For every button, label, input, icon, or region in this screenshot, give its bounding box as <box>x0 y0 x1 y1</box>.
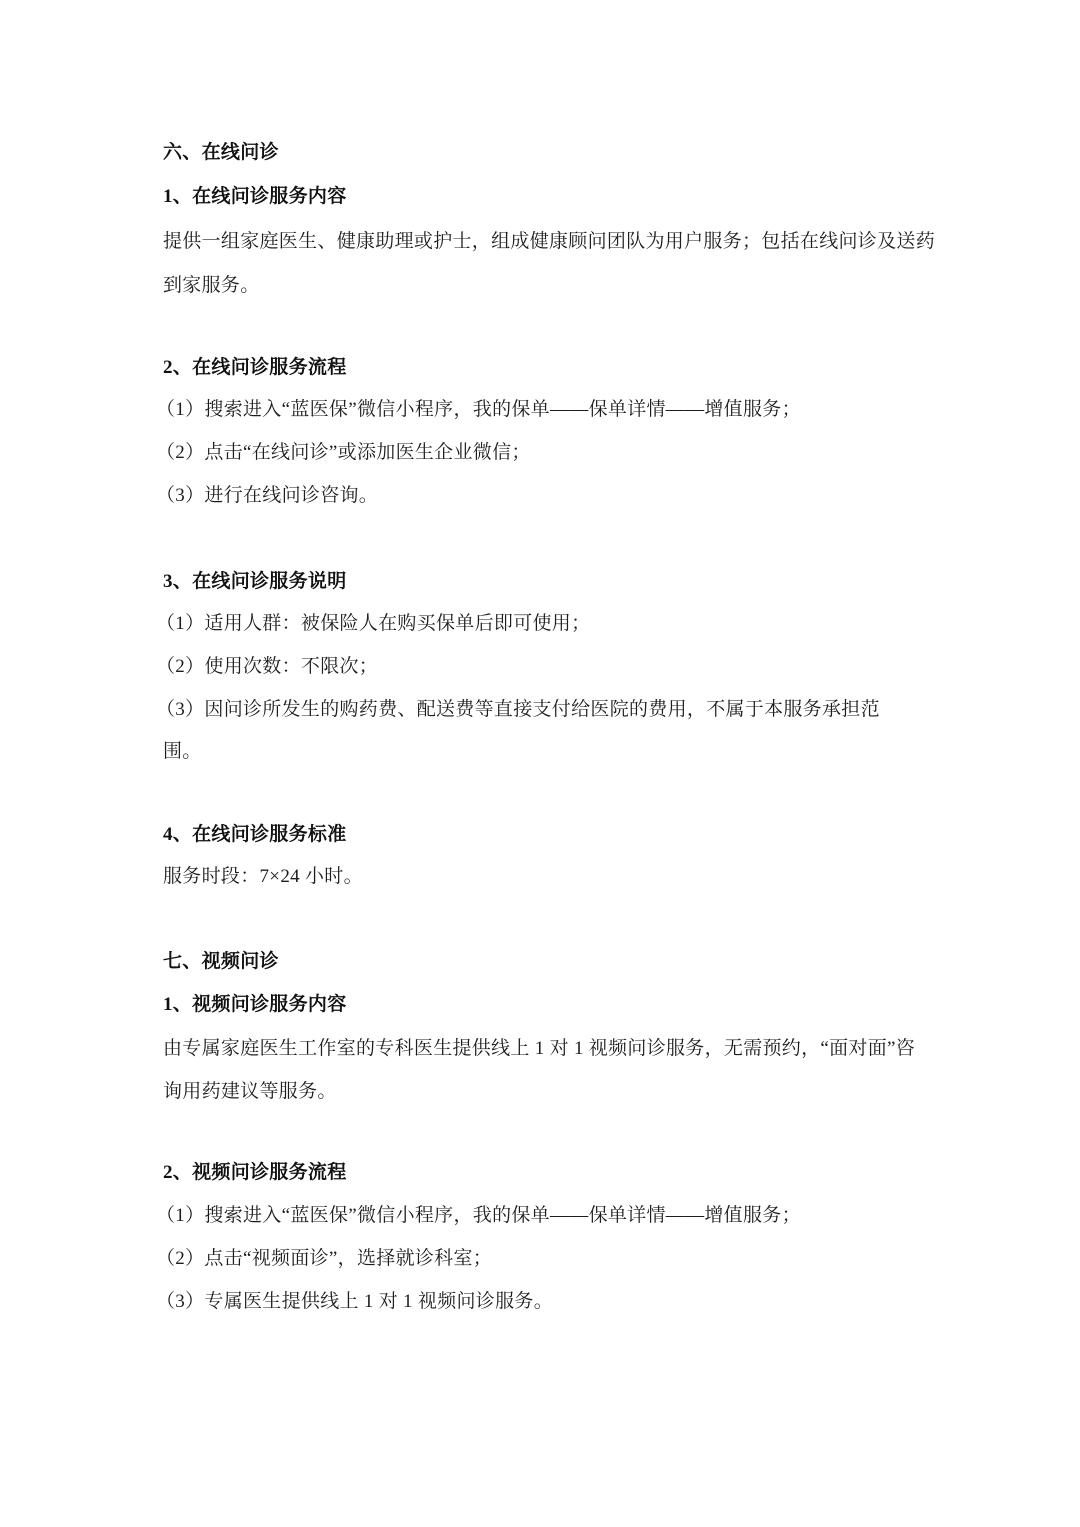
list-item: （2）点击“在线问诊”或添加医生企业微信； <box>156 441 531 465</box>
section-heading-online-consult: 六、在线问诊 <box>163 141 279 165</box>
paragraph-line: 询用药建议等服务。 <box>163 1080 337 1104</box>
list-item: （3）专属医生提供线上 1 对 1 视频问诊服务。 <box>156 1290 553 1314</box>
list-item: （1）适用人群：被保险人在购买保单后即可使用； <box>156 612 590 636</box>
list-item: （2）使用次数：不限次； <box>156 655 378 679</box>
paragraph-line: 提供一组家庭医生、健康助理或护士，组成健康顾问团队为用户服务；包括在线问诊及送药 <box>163 230 935 254</box>
list-item: （1）搜索进入“蓝医保”微信小程序，我的保单——保单详情——增值服务； <box>156 398 801 422</box>
document-page: 六、在线问诊 1、在线问诊服务内容 提供一组家庭医生、健康助理或护士，组成健康顾… <box>0 0 1080 1527</box>
subsection-heading-video-content: 1、视频问诊服务内容 <box>163 993 347 1017</box>
list-item: （2）点击“视频面诊”，选择就诊科室； <box>156 1247 492 1271</box>
list-item: （3）因问诊所发生的购药费、配送费等直接支付给医院的费用，不属于本服务承担范 <box>156 698 880 722</box>
subsection-heading-online-process: 2、在线问诊服务流程 <box>163 356 347 380</box>
section-heading-video-consult: 七、视频问诊 <box>163 950 279 974</box>
subsection-heading-online-standard: 4、在线问诊服务标准 <box>163 823 347 847</box>
subsection-heading-online-content: 1、在线问诊服务内容 <box>163 185 347 209</box>
paragraph-line: 由专属家庭医生工作室的专科医生提供线上 1 对 1 视频问诊服务，无需预约，“面… <box>163 1037 915 1061</box>
paragraph-line: 服务时段：7×24 小时。 <box>163 865 363 889</box>
paragraph-line: 围。 <box>163 740 202 764</box>
subsection-heading-online-notes: 3、在线问诊服务说明 <box>163 570 347 594</box>
list-item: （3）进行在线问诊咨询。 <box>156 484 378 508</box>
paragraph-line: 到家服务。 <box>163 274 260 298</box>
subsection-heading-video-process: 2、视频问诊服务流程 <box>163 1161 347 1185</box>
list-item: （1）搜索进入“蓝医保”微信小程序，我的保单——保单详情——增值服务； <box>156 1204 801 1228</box>
